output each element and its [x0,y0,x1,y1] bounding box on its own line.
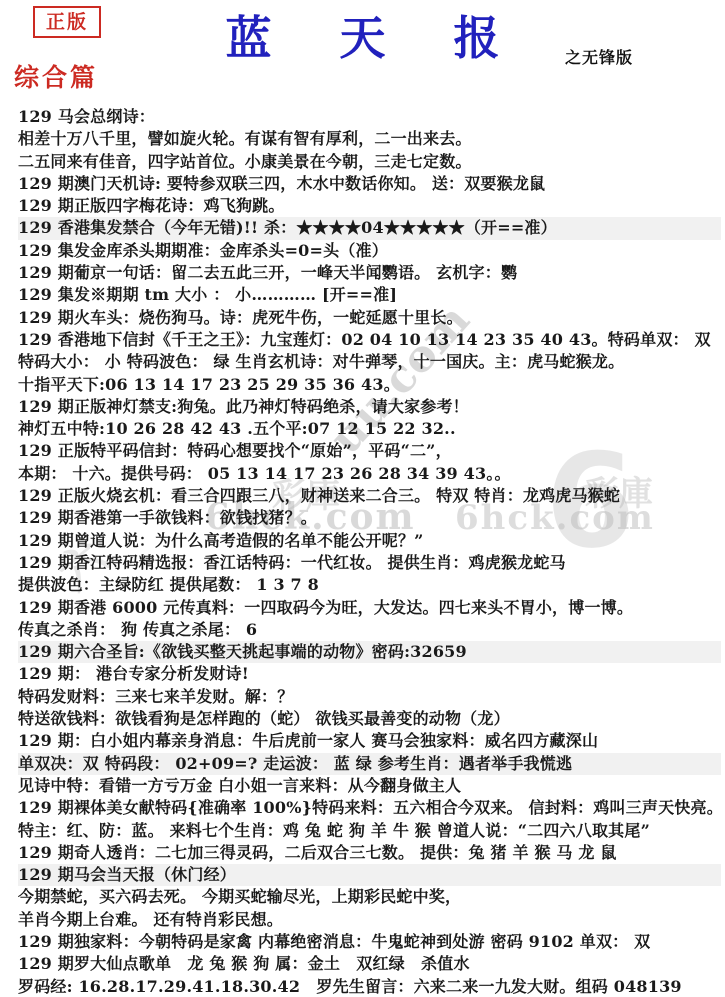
report-line: 129 期澳门天机诗: 要特参双联三四，木水中数话你知。 送：双要猴龙鼠 [18,173,721,195]
report-line: 129 正版特平码信封：特码心想要找个“原始”，平码“二”， [18,440,721,462]
report-line: 129 期裸体美女献特码{准确率 100%}特码来料：五六相合今双来。 信封料：… [18,797,721,819]
report-line: 129 正版火烧玄机：看三合四跟三八，财神送来二合三。 特双 特肖：龙鸡虎马猴蛇 [18,485,721,507]
report-line: 129 期罗大仙点歌单 龙 兔 猴 狗 属：金土 双红绿 杀值水 [18,953,721,975]
report-line: 129 期火车头：烧伤狗马。诗：虎死牛伤，一蛇延愿十里长。 [18,307,721,329]
report-line: 129 期香港 6000 元传真料：一四取码今为旺，大发达。四七来头不胃小，博一… [18,597,721,619]
report-line: 特码发财料：三来七来羊发财。解：？ [18,686,721,708]
report-line: 特码大小： 小 特码波色： 绿 生肖玄机诗：对牛弹琴，十一国庆。主：虎马蛇猴龙。 [18,351,721,373]
report-line: 见诗中特：看错一方亏万金 白小姐一言来料：从今翻身做主人 [18,775,721,797]
report-line: 二五同来有佳音，四字站首位。小康美景在今朝，三走七定数。 [18,151,721,173]
report-line: 129 期正版神灯禁支:狗兔。此乃神灯特码绝杀，请大家参考！ [18,396,721,418]
report-line: 129 香港集发禁合（今年无错)!! 杀：★★★★04★★★★★（开==准） [18,217,721,239]
report-line: 相差十万八千里，譬如旋火轮。有谋有智有厚利，二一出来去。 [18,128,721,150]
report-line: 129 期奇人透肖：二七加三得灵码，二后双合三七数。 提供：兔 猪 羊 猴 马 … [18,842,721,864]
report-line: 129 期葡京一句话：留二去五此三开，一峰天半闻鹦语。 玄机字：鹦 [18,262,721,284]
section-title: 综合篇 [14,58,98,94]
report-line: 129 期独家料：今朝特码是家禽 内幕绝密消息：牛鬼蛇神到处游 密码 9102 … [18,931,721,953]
report-line: 特主：红、防：蓝。 来料七个生肖：鸡 兔 蛇 狗 羊 牛 猴 曾道人说：“二四六… [18,820,721,842]
report-line: 罗码经: 16.28.17.29.41.18.30.42 罗先生留言：六来二来一… [18,976,721,997]
report-line: 129 马会总纲诗： [18,106,721,128]
report-line: 129 集发※期期 tm 大小 ： 小………… [开==准] [18,284,721,306]
report-line: 129 期：白小姐内幕亲身消息：牛后虎前一家人 赛马会独家料：威名四方藏深山 [18,730,721,752]
report-line: 129 期香港第一手欲钱料：欲钱找猪？。 [18,507,721,529]
report-line: 传真之杀肖： 狗 传真之杀尾： 6 [18,619,721,641]
report-line: 十指平天下:06 13 14 17 23 25 29 35 36 43。 [18,374,721,396]
report-line: 129 期正版四字梅花诗：鸡飞狗跳。 [18,195,721,217]
report-line: 特送欲钱料：欲钱看狗是怎样跑的（蛇） 欲钱买最善变的动物（龙） [18,708,721,730]
report-line: 羊肖今期上台难。 还有特肖彩民想。 [18,909,721,931]
report-line: 129 期曾道人说：为什么高考造假的名单不能公开呢？” [18,530,721,552]
report-line: 129 集发金库杀头期期准：金库杀头=0=头（准） [18,240,721,262]
report-body: 129 马会总纲诗： 相差十万八千里，譬如旋火轮。有谋有智有厚利，二一出来去。 … [18,106,721,997]
newspaper-page: uu.com 6 6hck.com 6hck.com 彩庫 彩庫 六 正版 蓝 … [0,0,725,997]
report-line: 本期： 十六。提供号码： 05 13 14 17 23 26 28 34 39 … [18,463,721,485]
report-line: 单双决：双 特码段： 02+09=? 走运波： 蓝 绿 参考生肖：遇者举手我慌逃 [18,753,721,775]
report-line: 神灯五中特:10 26 28 42 43 .五个平:07 12 15 22 32… [18,418,721,440]
report-line: 129 期马会当天报（休门经） [18,864,721,886]
edition-label: 之无锋版 [565,45,633,68]
report-line: 129 期香江特码精选报：香江话特码：一代红妆。 提供生肖：鸡虎猴龙蛇马 [18,552,721,574]
report-line: 今期禁蛇，买六码去死。 今期买蛇输尽光，上期彩民蛇中奖， [18,886,721,908]
report-line: 129 期： 港台专家分析发财诗! [18,663,721,685]
report-line: 129 香港地下信封《千王之王》：九宝莲灯：02 04 10 13 14 23 … [18,329,721,351]
report-line: 提供波色：主绿防红 提供尾数： 1 3 7 8 [18,574,721,596]
report-line: 129 期六合圣旨:《欲钱买整天挑起事端的动物》密码:32659 [18,641,721,663]
